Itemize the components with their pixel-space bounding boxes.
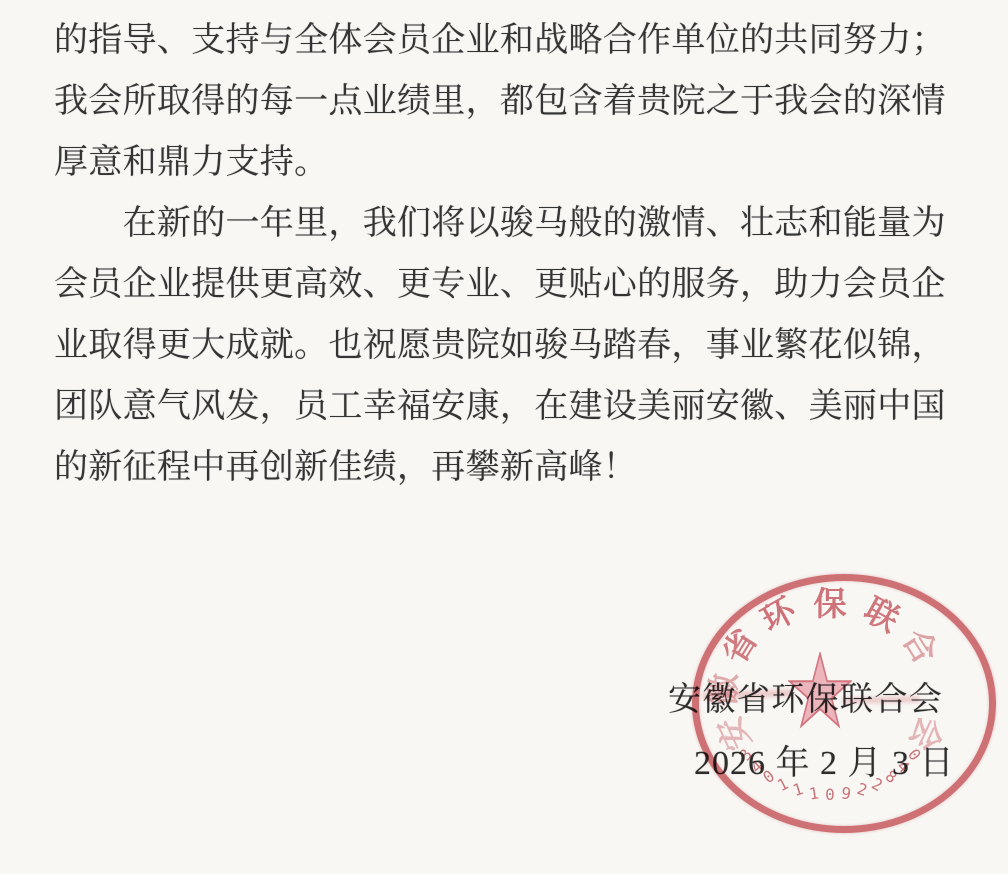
seal-code-digit: 9 xyxy=(838,784,855,804)
seal-code-digit: 0 xyxy=(823,786,837,804)
seal-code-digit: 1 xyxy=(806,784,823,804)
signature-org-name: 安徽省环保联合会 xyxy=(668,673,943,720)
letter-page: 的指导、支持与全体会员企业和战略合作单位的共同努力； 我会所取得的每一点业绩里，… xyxy=(0,0,1008,874)
seal-ring-char: 保 xyxy=(812,587,848,623)
signature-date: 2026 年 2 月 3 日 xyxy=(694,735,955,784)
